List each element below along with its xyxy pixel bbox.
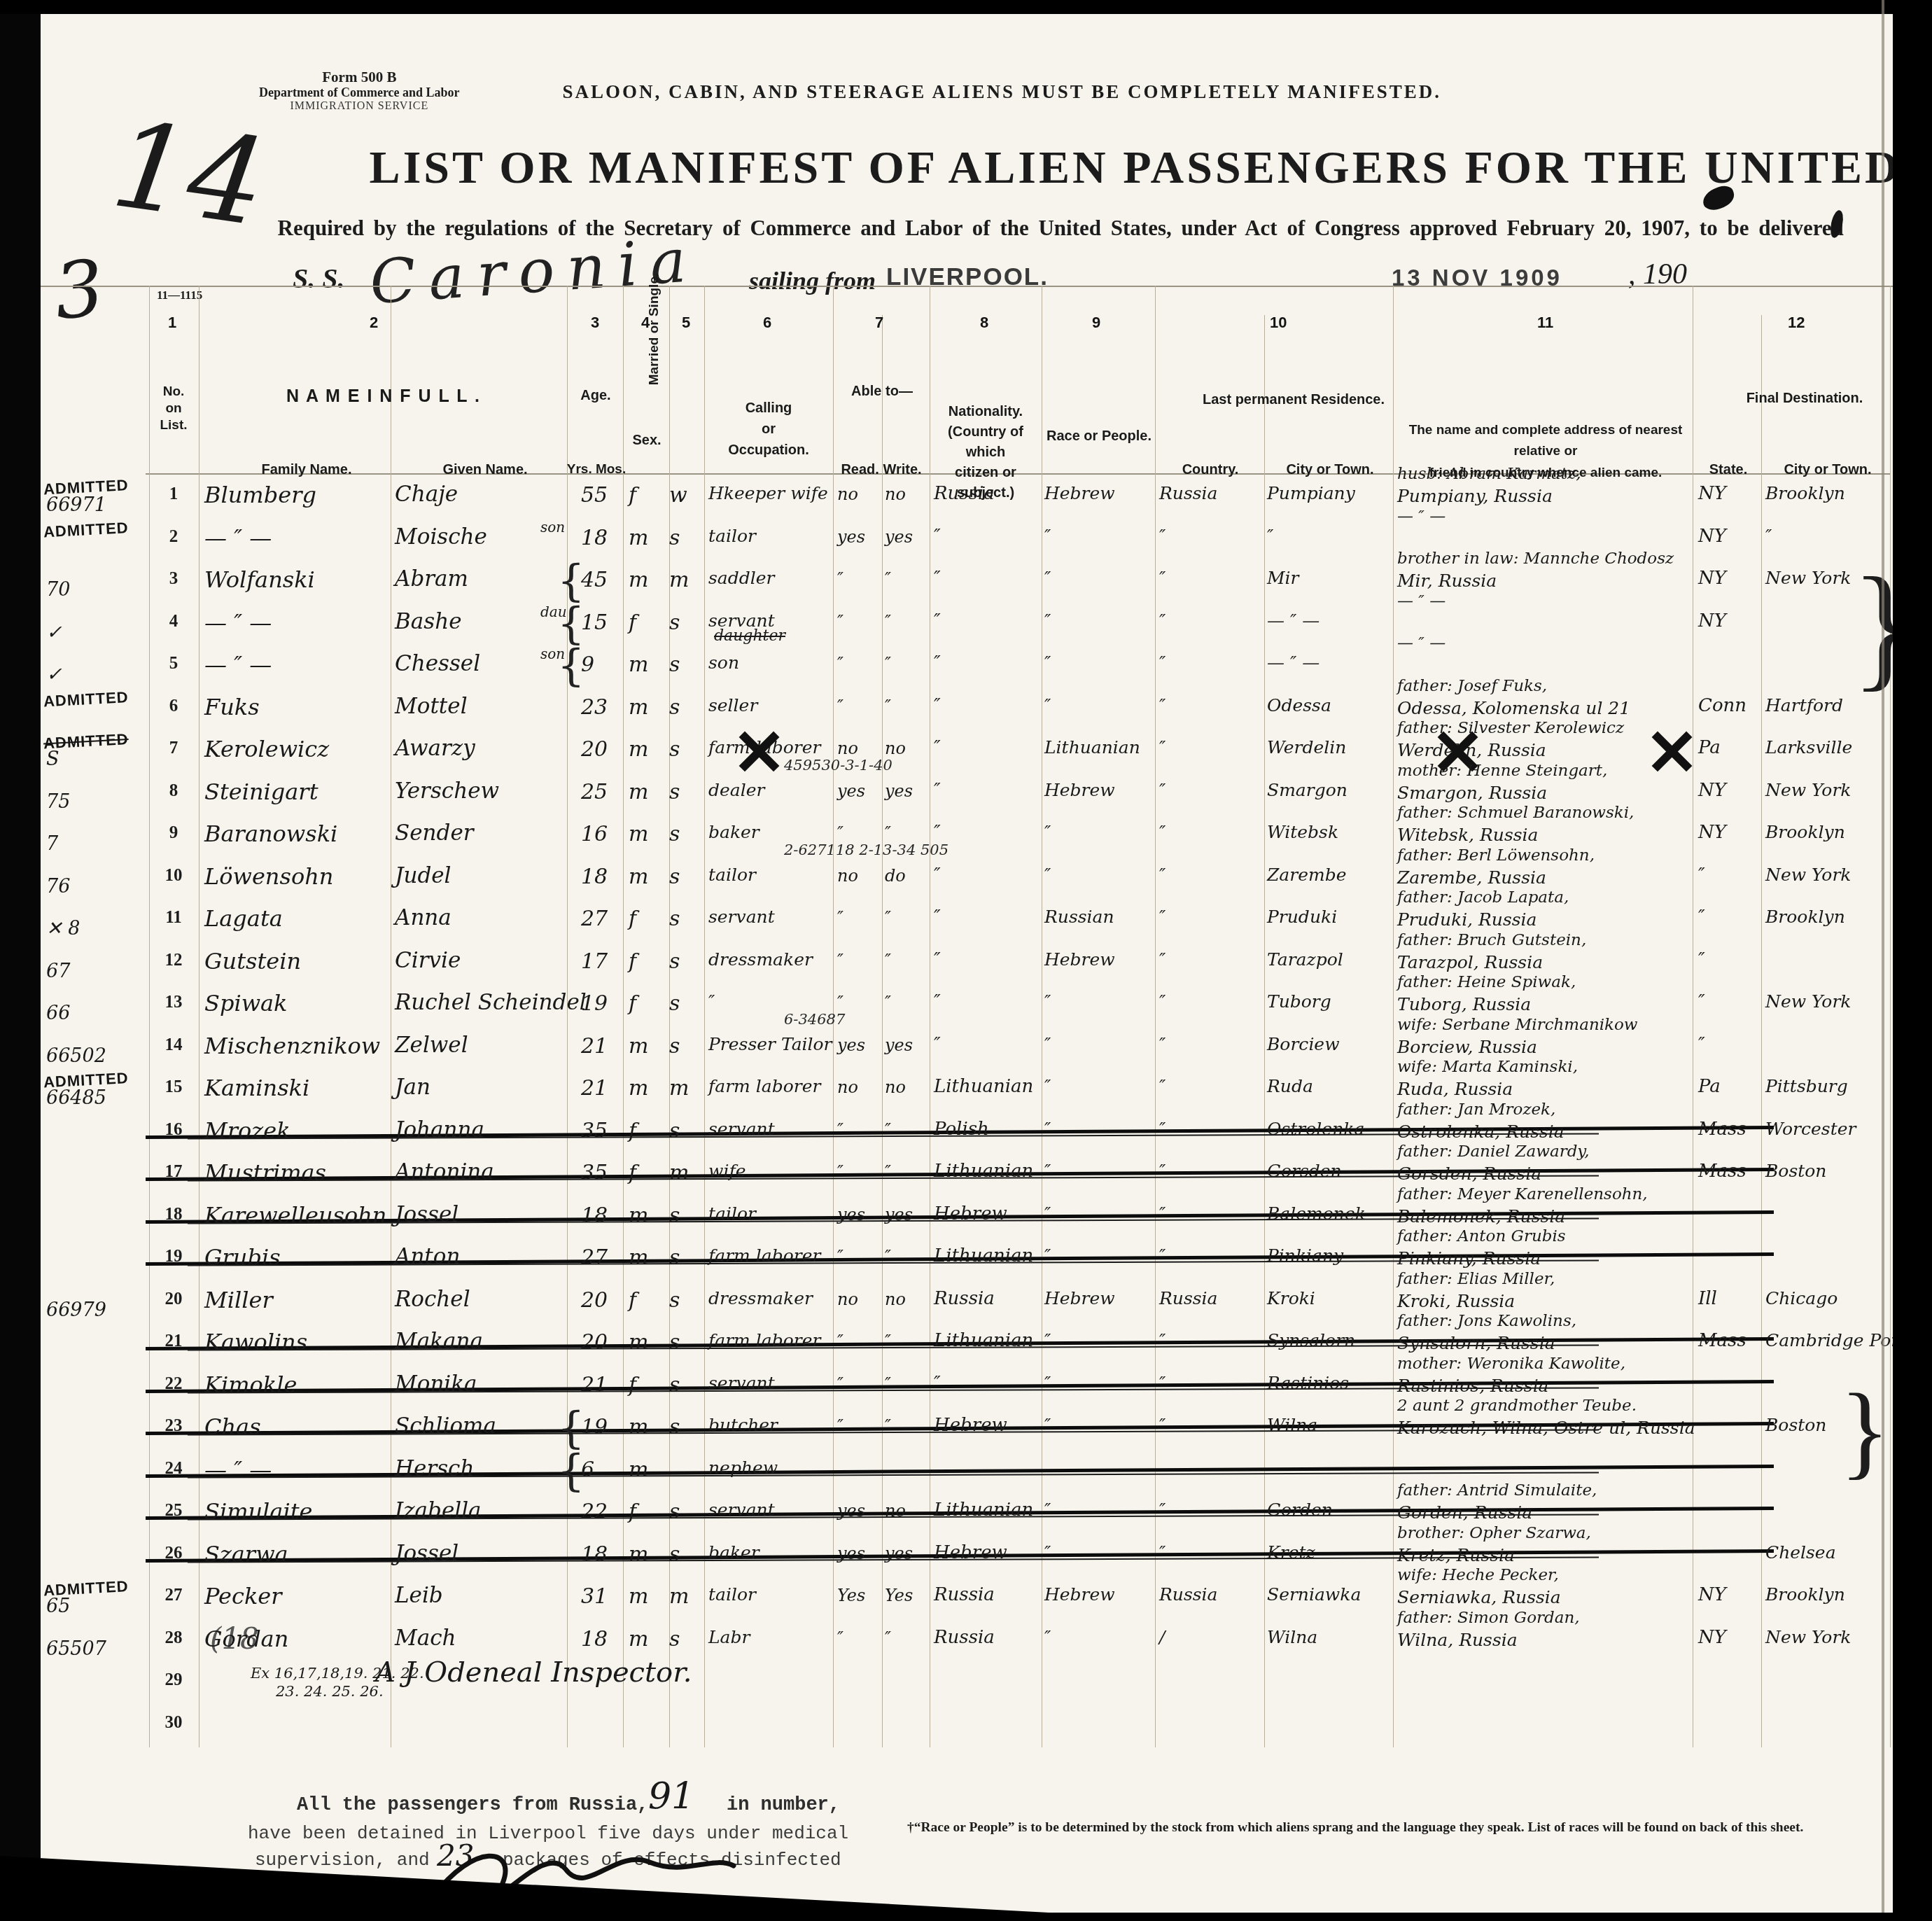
destination-state-value: NY: [1698, 526, 1761, 547]
race-value: ″: [1044, 1373, 1155, 1393]
residence-country-value: ″: [1159, 568, 1263, 588]
destination-city-value: New York: [1765, 991, 1890, 1012]
destination-city-value: Boston: [1765, 1161, 1890, 1181]
plate-code: 11—1115: [157, 288, 202, 302]
col-header-name-in-full: N A M E I N F U L L .: [251, 386, 517, 407]
age-value: 19: [581, 1415, 627, 1439]
sex-value: m: [629, 1627, 668, 1651]
given-name: Cirvie: [395, 948, 545, 973]
margin-number: 76: [46, 876, 144, 897]
can-read-value: ″: [837, 654, 882, 673]
residence-city-value: — ″ —: [1267, 610, 1390, 631]
nationality-value: Hebrew: [934, 1542, 1040, 1563]
age-value: 22: [581, 1500, 627, 1524]
scan-border-bottom: [0, 1913, 1932, 1921]
destination-state-value: NY: [1698, 483, 1761, 504]
given-name: Leib: [395, 1583, 545, 1608]
age-value: 27: [581, 907, 627, 931]
married-single-value: s: [669, 780, 703, 804]
row-number: 4: [151, 612, 196, 631]
can-read-value: ″: [837, 1374, 882, 1394]
col-num-12: 12: [1788, 314, 1805, 332]
nationality-value: ″: [934, 526, 1040, 547]
residence-city-value: Wilna: [1267, 1627, 1390, 1647]
clerk-annotation: 6-34687: [784, 1011, 845, 1028]
given-name: Hersch: [395, 1456, 545, 1481]
margin-number: S: [46, 748, 144, 770]
margin-number: ✓: [46, 622, 144, 643]
destination-state-value: NY: [1698, 610, 1761, 631]
family-name: Löwensohn: [204, 863, 390, 890]
age-value: 16: [581, 822, 627, 846]
nationality-value: ″: [934, 695, 1040, 716]
sex-value: f: [629, 1288, 668, 1313]
nearest-relative-name: father: Antrid Simulaite,: [1397, 1481, 1695, 1500]
occupation-value: saddler: [708, 568, 833, 588]
race-value: ″: [1044, 652, 1155, 673]
nearest-relative-address: Pinkiany, Russia: [1397, 1248, 1695, 1269]
col-num-5: 5: [682, 314, 690, 332]
col-header-last-residence: Last permanent Residence.: [1189, 392, 1399, 408]
occupation-value: seller: [708, 695, 833, 715]
col-header-no-on-list: No. on List.: [153, 384, 195, 433]
row-number: 15: [151, 1077, 196, 1097]
destination-city-value: Worcester: [1765, 1119, 1890, 1139]
nearest-relative-name: father: Jons Kawolins,: [1397, 1312, 1695, 1330]
race-value: ″: [1044, 1500, 1155, 1520]
can-write-value: ″: [885, 612, 928, 631]
given-name: Anna: [395, 905, 545, 930]
nationality-value: ″: [934, 652, 1040, 673]
nationality-value: Hebrew: [934, 1415, 1040, 1436]
residence-city-value: Ruda: [1267, 1076, 1390, 1096]
destination-city-value: ″: [1765, 526, 1890, 546]
sex-value: m: [629, 1584, 668, 1609]
detained-note-line1: All the passengers from Russia,: [297, 1795, 648, 1816]
nearest-relative-address: Kretz, Russia: [1397, 1545, 1695, 1565]
can-read-value: ″: [837, 908, 882, 928]
nearest-relative-address: Ruda, Russia: [1397, 1079, 1695, 1099]
age-value: 6: [581, 1458, 627, 1482]
destination-city-value: Cambridge Port: [1765, 1330, 1890, 1350]
residence-country-value: ″: [1159, 1034, 1263, 1054]
col-header-final-destination: Final Destination.: [1721, 391, 1889, 407]
can-write-value: ″: [885, 1247, 928, 1266]
can-write-value: ″: [885, 951, 928, 970]
col-header-able-to: Able to—: [836, 384, 928, 400]
nationality-value: Lithuanian: [934, 1330, 1040, 1351]
residence-country-value: ″: [1159, 652, 1263, 673]
can-write-value: ″: [885, 1416, 928, 1436]
race-value: ″: [1044, 1076, 1155, 1096]
margin-number: ✕ 8: [46, 918, 144, 939]
destination-city-value: Brooklyn: [1765, 907, 1890, 927]
nearest-relative-name: father: Jacob Lapata,: [1397, 888, 1695, 907]
sex-value: f: [629, 1373, 668, 1397]
manifest-rows: ADMITTED 66971 1 Blumberg Chaje 55 f w H…: [41, 476, 1893, 1747]
nearest-relative-address: Ostrolenka, Russia: [1397, 1122, 1695, 1142]
married-single-value: s: [669, 1373, 703, 1397]
residence-country-value: ″: [1159, 1076, 1263, 1096]
occupation-value: farm laborer: [708, 1245, 833, 1266]
given-name: Monika: [395, 1371, 545, 1397]
row-number: 22: [151, 1374, 196, 1394]
race-value: Hebrew: [1044, 483, 1155, 503]
age-value: 31: [581, 1584, 627, 1609]
nearest-relative-name: — ″ —: [1397, 592, 1695, 610]
destination-state-value: NY: [1698, 780, 1761, 801]
col-num-2: 2: [370, 314, 378, 332]
age-value: 20: [581, 1330, 627, 1355]
race-value: ″: [1044, 822, 1155, 842]
scan-border-top: [0, 0, 1932, 14]
residence-country-value: Russia: [1159, 483, 1263, 503]
occupation-value: tailor: [708, 526, 833, 546]
can-write-value: ″: [885, 908, 928, 928]
occupation-value: servant: [708, 1500, 833, 1520]
family-name: Gordan: [204, 1626, 390, 1652]
race-value: ″: [1044, 865, 1155, 885]
race-value: ″: [1044, 1415, 1155, 1435]
col-header-race: Race or People.: [1043, 428, 1155, 445]
residence-city-value: Tarazpol: [1267, 949, 1390, 970]
row-number: 26: [151, 1544, 196, 1563]
nationality-value: Russia: [934, 1584, 1040, 1605]
married-single-value: s: [669, 949, 703, 974]
residence-city-value: Wilna: [1267, 1415, 1390, 1435]
given-name: Moische: [395, 524, 545, 550]
can-read-value: ″: [837, 823, 882, 843]
married-single-value: m: [669, 1161, 703, 1185]
row-number: 20: [151, 1290, 196, 1309]
can-write-value: ″: [885, 654, 928, 673]
residence-city-value: Smargon: [1267, 780, 1390, 800]
residence-country-value: ″: [1159, 1161, 1263, 1181]
race-value: ″: [1044, 1330, 1155, 1350]
can-write-value: no: [885, 1290, 928, 1309]
nearest-relative-name: wife: Heche Pecker,: [1397, 1566, 1695, 1584]
col-num-1: 1: [168, 314, 176, 332]
race-value: ″: [1044, 568, 1155, 588]
race-value: ″: [1044, 1161, 1155, 1181]
married-single-value: s: [669, 1034, 703, 1059]
can-write-value: ″: [885, 1374, 928, 1394]
row-number: 1: [151, 484, 196, 504]
relationship-note: son: [540, 519, 565, 536]
nationality-value: Russia: [934, 1288, 1040, 1309]
occupation-value: wife: [708, 1161, 833, 1181]
residence-country-value: ″: [1159, 737, 1263, 757]
row-number: 30: [151, 1713, 196, 1733]
nearest-relative-name: father: Elias Miller,: [1397, 1270, 1695, 1288]
destination-state-value: Pa: [1698, 1076, 1761, 1097]
residence-city-value: Werdelin: [1267, 737, 1390, 757]
can-read-value: ″: [837, 569, 882, 589]
can-write-value: do: [885, 866, 928, 886]
nationality-value: Lithuanian: [934, 1245, 1040, 1266]
row-number: 27: [151, 1586, 196, 1605]
race-or-people-footnote: †“Race or People” is to be determined by…: [907, 1820, 1908, 1836]
nationality-value: ″: [934, 737, 1040, 758]
destination-city-value: Brooklyn: [1765, 483, 1890, 503]
destination-state-value: ″: [1698, 1034, 1761, 1055]
race-value: Hebrew: [1044, 949, 1155, 970]
occupation-value: tailor: [708, 1584, 833, 1605]
sex-value: m: [629, 526, 668, 550]
detained-note-line3a: supervision, and: [255, 1850, 430, 1871]
sex-value: f: [629, 991, 668, 1016]
row-number: 18: [151, 1205, 196, 1224]
family-name: Kerolewicz: [204, 736, 390, 762]
sex-value: f: [629, 907, 668, 931]
sex-value: m: [629, 1203, 668, 1228]
can-read-value: ″: [837, 1416, 882, 1436]
nearest-relative-address: Pruduki, Russia: [1397, 909, 1695, 930]
can-read-value: yes: [837, 1035, 882, 1055]
given-name: Jossel: [395, 1202, 545, 1227]
given-name: Yerschew: [395, 778, 545, 804]
destination-state-value: Mass: [1698, 1330, 1761, 1351]
occupation-value: servant: [708, 907, 833, 927]
row-number: 12: [151, 951, 196, 970]
family-name: Lagata: [204, 905, 390, 932]
family-name: Baranowski: [204, 820, 390, 847]
residence-city-value: Synsalorn: [1267, 1330, 1390, 1350]
age-value: 18: [581, 1542, 627, 1567]
sex-value: m: [629, 695, 668, 720]
sex-value: m: [629, 865, 668, 889]
col-header-occupation: Calling or Occupation.: [707, 398, 830, 461]
residence-city-value: Pinkiany: [1267, 1245, 1390, 1266]
family-name: Simulaite: [204, 1498, 390, 1525]
can-write-value: Yes: [885, 1586, 928, 1605]
department-name: Department of Commerce and Labor: [259, 85, 460, 100]
age-value: 27: [581, 1245, 627, 1270]
nearest-relative-name: father: Meyer Karenellensohn,: [1397, 1185, 1695, 1203]
family-name: Mustrimas: [204, 1159, 390, 1186]
row-number: 13: [151, 993, 196, 1012]
age-value: 25: [581, 780, 627, 804]
margin-number: 66502: [46, 1045, 144, 1067]
age-value: 15: [581, 610, 627, 635]
sex-value: m: [629, 1076, 668, 1101]
nearest-relative-name: brother: Opher Szarwa,: [1397, 1524, 1695, 1542]
age-value: 23: [581, 695, 627, 720]
residence-country-value: /: [1159, 1627, 1263, 1647]
residence-country-value: ″: [1159, 1245, 1263, 1266]
occupation-value: farm laborer: [708, 1330, 833, 1350]
race-value: ″: [1044, 1034, 1155, 1054]
nationality-value: Hebrew: [934, 1203, 1040, 1224]
can-read-value: no: [837, 1077, 882, 1097]
age-value: 20: [581, 1288, 627, 1313]
given-name: Anton: [395, 1244, 545, 1269]
can-read-value: ″: [837, 951, 882, 970]
given-name: Antonina: [395, 1159, 545, 1185]
sex-value: m: [629, 822, 668, 846]
can-write-value: no: [885, 1077, 928, 1097]
margin-number: 66485: [46, 1087, 144, 1109]
sex-value: m: [629, 652, 668, 677]
clerk-annotation: 459530-3-1-40: [784, 757, 892, 774]
occupation-value: dressmaker: [708, 1288, 833, 1308]
age-value: 19: [581, 991, 627, 1016]
residence-country-value: ″: [1159, 1500, 1263, 1520]
nationality-value: ″: [934, 1373, 1040, 1394]
residence-city-value: Tuborg: [1267, 991, 1390, 1012]
nearest-relative-name: father: Josef Fuks,: [1397, 677, 1695, 695]
destination-city-value: Brooklyn: [1765, 1584, 1890, 1605]
can-read-value: ″: [837, 1162, 882, 1182]
married-single-value: s: [669, 610, 703, 635]
col-num-11: 11: [1537, 314, 1553, 332]
age-value: 21: [581, 1034, 627, 1059]
nationality-value: ″: [934, 991, 1040, 1012]
occupation-value: farm laborer: [708, 1076, 833, 1096]
date-stamp: 13 NOV 1909: [1392, 265, 1562, 291]
destination-city-value: Brooklyn: [1765, 822, 1890, 842]
margin-number: 66971: [46, 494, 144, 516]
residence-country-value: ″: [1159, 1415, 1263, 1435]
destination-state-value: Mass: [1698, 1119, 1761, 1140]
can-write-value: ″: [885, 823, 928, 843]
given-name: Johanna: [395, 1117, 545, 1143]
sex-value: m: [629, 1245, 668, 1270]
nationality-value: ″: [934, 949, 1040, 970]
destination-state-value: ″: [1698, 907, 1761, 928]
married-single-value: s: [669, 865, 703, 889]
detained-note-line1b: in number,: [727, 1795, 840, 1816]
race-value: ″: [1044, 991, 1155, 1012]
given-name: Zelwel: [395, 1033, 545, 1058]
married-single-value: w: [669, 483, 703, 508]
family-name: Kawolins: [204, 1329, 390, 1355]
nationality-value: Lithuanian: [934, 1161, 1040, 1182]
residence-country-value: Russia: [1159, 1288, 1263, 1308]
can-write-value: ″: [885, 1628, 928, 1648]
given-name: Sender: [395, 820, 545, 846]
col-num-10: 10: [1270, 314, 1287, 332]
race-value: Russian: [1044, 907, 1155, 927]
destination-city-value: New York: [1765, 865, 1890, 885]
race-value: ″: [1044, 526, 1155, 546]
married-single-value: s: [669, 1542, 703, 1567]
table-row: 30: [41, 1705, 1893, 1747]
occupation-struck-word: daughter: [714, 627, 785, 645]
form-number: Form 500 B: [259, 69, 460, 85]
age-value: 18: [581, 526, 627, 550]
col-header-yrs-mos: Yrs. Mos.: [561, 462, 631, 477]
residence-country-value: ″: [1159, 1330, 1263, 1350]
family-name: Steinigart: [204, 778, 390, 805]
sex-value: m: [629, 780, 668, 804]
can-read-value: ″: [837, 1628, 882, 1648]
age-value: 18: [581, 865, 627, 889]
nearest-relative-address: Rastinios, Russia: [1397, 1376, 1695, 1396]
nearest-relative-name: wife: Serbane Mirchmanikow: [1397, 1016, 1695, 1034]
married-single-value: m: [669, 1076, 703, 1101]
can-read-value: ″: [837, 993, 882, 1012]
race-value: ″: [1044, 1203, 1155, 1224]
given-name: Schlioma: [395, 1413, 545, 1439]
family-name: Kimokle: [204, 1371, 390, 1398]
nearest-relative-name: husb: Abram Karmatz,: [1397, 465, 1695, 483]
occupation-value: Labr: [708, 1627, 833, 1647]
can-write-value: yes: [885, 1544, 928, 1563]
nationality-value: Lithuanian: [934, 1076, 1040, 1097]
residence-country-value: ″: [1159, 1203, 1263, 1224]
nearest-relative-address: Tarazpol, Russia: [1397, 952, 1695, 972]
occupation-value: nephew: [708, 1458, 833, 1478]
residence-city-value: Kretz: [1267, 1542, 1390, 1563]
race-value: Lithuanian: [1044, 737, 1155, 757]
family-name: Miller: [204, 1287, 390, 1313]
destination-city-value: Chicago: [1765, 1288, 1890, 1308]
nearest-relative-name: wife: Marta Kaminski,: [1397, 1058, 1695, 1076]
nearest-relative-name: father: Heine Spiwak,: [1397, 973, 1695, 991]
residence-country-value: ″: [1159, 865, 1263, 885]
nearest-relative-address: Karozuch, Wilna, Ostre ul, Russia: [1397, 1418, 1695, 1438]
residence-city-value: Serniawka: [1267, 1584, 1390, 1605]
residence-country-value: ″: [1159, 907, 1263, 927]
can-write-value: yes: [885, 1035, 928, 1055]
nearest-relative-address: Kroki, Russia: [1397, 1291, 1695, 1311]
married-single-value: s: [669, 1330, 703, 1355]
age-value: 45: [581, 568, 627, 592]
residence-city-value: — ″ —: [1267, 652, 1390, 673]
nationality-value: ″: [934, 610, 1040, 631]
given-name: Izabella: [395, 1498, 545, 1523]
nearest-relative-address: Serniawka, Russia: [1397, 1587, 1695, 1607]
nationality-value: Russia: [934, 483, 1040, 504]
family-name: — ″ —: [204, 1456, 390, 1483]
can-read-value: ″: [837, 1247, 882, 1266]
nationality-value: ″: [934, 822, 1040, 843]
row-number: 19: [151, 1247, 196, 1266]
can-read-value: yes: [837, 1205, 882, 1224]
residence-country-value: ″: [1159, 695, 1263, 715]
margin-number: 7: [46, 833, 144, 855]
row-number: 21: [151, 1332, 196, 1351]
destination-state-value: Pa: [1698, 737, 1761, 758]
given-name: Mach: [395, 1626, 545, 1651]
nearest-relative-address: Mir, Russia: [1397, 571, 1695, 591]
married-single-value: s: [669, 1415, 703, 1439]
married-single-value: s: [669, 1627, 703, 1651]
residence-city-value: Pumpiany: [1267, 483, 1390, 503]
nearest-relative-name: father: Bruch Gutstein,: [1397, 931, 1695, 949]
sex-value: m: [629, 1034, 668, 1059]
can-read-value: yes: [837, 527, 882, 547]
nationality-value: ″: [934, 1034, 1040, 1055]
can-read-value: Yes: [837, 1586, 882, 1605]
nationality-value: Lithuanian: [934, 1500, 1040, 1521]
can-read-value: ″: [837, 697, 882, 716]
occupation-value: tailor: [708, 865, 833, 885]
race-value: Hebrew: [1044, 1584, 1155, 1605]
race-value: ″: [1044, 1119, 1155, 1139]
family-name: Grubis: [204, 1244, 390, 1271]
family-name: — ″ —: [204, 524, 390, 551]
can-write-value: ″: [885, 1162, 928, 1182]
sex-value: m: [629, 1542, 668, 1567]
col-header-married-single: Married or Single.: [647, 252, 662, 406]
residence-city-value: Kroki: [1267, 1288, 1390, 1308]
family-name: Kaminski: [204, 1075, 390, 1101]
nearest-relative-name: father: Schmuel Baranowski,: [1397, 804, 1695, 822]
given-name: Bashe: [395, 609, 545, 634]
row-number: 23: [151, 1416, 196, 1436]
